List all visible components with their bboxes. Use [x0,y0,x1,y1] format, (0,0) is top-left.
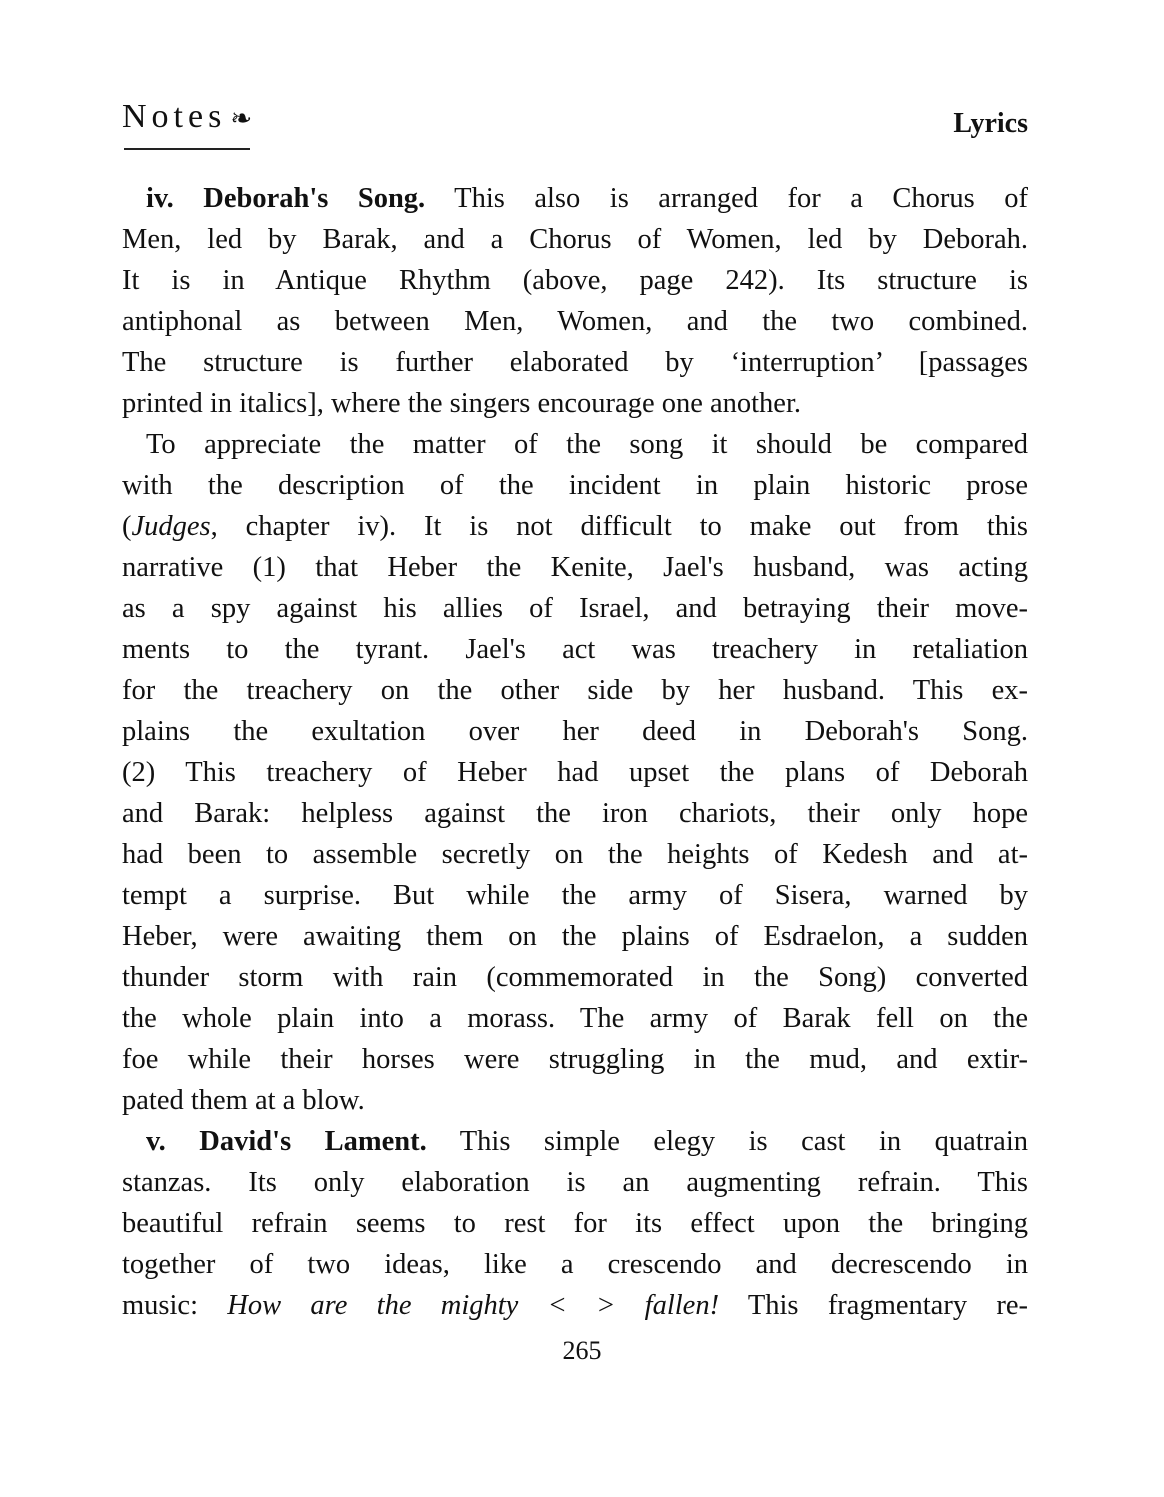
paragraph-line: stanzas. Its only elaboration is an augm… [122,1162,1028,1203]
paragraph-line: with the description of the incident in … [122,465,1028,506]
paragraph-line: tempt a surprise. But while the army of … [122,875,1028,916]
line-text: This simple elegy is cast in quatrain [427,1126,1028,1157]
italic-quote: How are the mighty < > fallen! [227,1290,719,1321]
paragraph-line: had been to assemble secretly on the hei… [122,834,1028,875]
line-text: music: [122,1290,227,1321]
paragraph-line: foe while their horses were struggling i… [122,1039,1028,1080]
paragraph-line: printed in italics], where the singers e… [122,383,1028,424]
paragraph-line: Men, led by Barak, and a Chorus of Women… [122,219,1028,260]
paragraph-line: pated them at a blow. [122,1080,1028,1121]
running-header: Notes❧ Lyrics [122,98,1028,158]
paragraph-line: plains the exultation over her deed in D… [122,711,1028,752]
paragraph-line: beautiful refrain seems to rest for its … [122,1203,1028,1244]
paragraph-line: for the treachery on the other side by h… [122,670,1028,711]
paragraph-line: It is in Antique Rhythm (above, page 242… [122,260,1028,301]
paragraph-line: To appreciate the matter of the song it … [122,424,1028,465]
paragraph-line: thunder storm with rain (commemorated in… [122,957,1028,998]
body-text: iv. Deborah's Song. This also is arrange… [122,178,1028,1326]
italic-reference: Judges [132,511,211,542]
paragraph-line: the whole plain into a morass. The army … [122,998,1028,1039]
line-text: ( [122,511,132,542]
paragraph-line: antiphonal as between Men, Women, and th… [122,301,1028,342]
section-heading: iv. Deborah's Song. [146,183,425,214]
paragraph-line: as a spy against his allies of Israel, a… [122,588,1028,629]
notes-title: Notes [122,98,226,135]
line-text: This fragmentary re- [719,1290,1028,1321]
running-title-right: Lyrics [953,108,1028,140]
paragraph-line: (2) This treachery of Heber had upset th… [122,752,1028,793]
paragraph-line: The structure is further elaborated by ‘… [122,342,1028,383]
running-title-left: Notes❧ [122,98,252,136]
paragraph-line: iv. Deborah's Song. This also is arrange… [122,178,1028,219]
paragraph-line: together of two ideas, like a crescendo … [122,1244,1028,1285]
section-heading: v. David's Lament. [146,1126,427,1157]
paragraph-line: v. David's Lament. This simple elegy is … [122,1121,1028,1162]
paragraph-line: and Barak: helpless against the iron cha… [122,793,1028,834]
paragraph-line: Heber, were awaiting them on the plains … [122,916,1028,957]
paragraph-line: music: How are the mighty < > fallen! Th… [122,1285,1028,1326]
paragraph-line: narrative (1) that Heber the Kenite, Jae… [122,547,1028,588]
page-number: 265 [0,1336,1164,1366]
fleuron-ornament-icon: ❧ [230,104,252,133]
line-text: , chapter iv). It is not difficult to ma… [211,511,1028,542]
line-text: This also is arranged for a Chorus of [425,183,1028,214]
paragraph-line: (Judges, chapter iv). It is not difficul… [122,506,1028,547]
header-rule [124,148,250,150]
paragraph-line: ments to the tyrant. Jael's act was trea… [122,629,1028,670]
